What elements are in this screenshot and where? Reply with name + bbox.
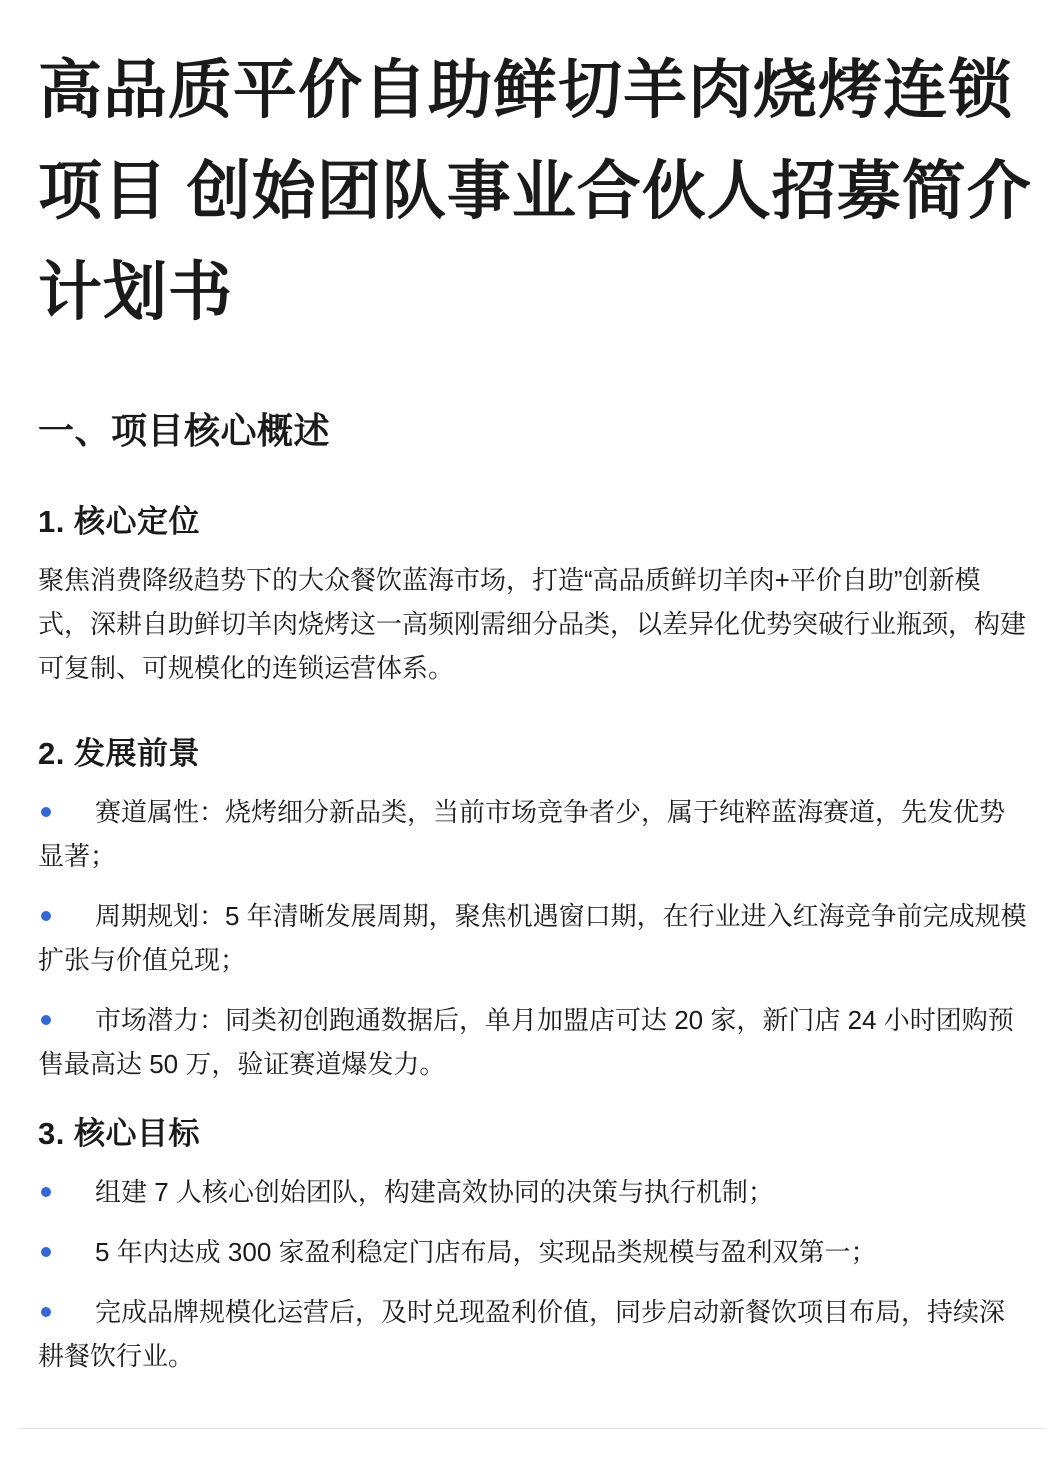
title-line-3: 计划书 bbox=[38, 242, 1028, 343]
list-item-text: 5 年内达成 300 家盈利稳定门店布局，实现品类规模与盈利双第一； bbox=[95, 1237, 877, 1267]
bullet-dot-icon bbox=[41, 911, 51, 921]
document-page: 高品质平价自助鲜切羊肉烧烤连锁 项目 创始团队事业合伙人招募简介 计划书 一、项… bbox=[0, 0, 1064, 1460]
subheading-core-positioning: 1. 核心定位 bbox=[38, 500, 1028, 544]
list-item-text: 组建 7 人核心创始团队，构建高效协同的决策与执行机制； bbox=[95, 1177, 774, 1207]
list-item-cycle-planning: 周期规划：5 年清晰发展周期，聚焦机遇窗口期，在行业进入红海竞争前完成规模扩张与… bbox=[38, 894, 1028, 982]
core-positioning-paragraph: 聚焦消费降级趋势下的大众餐饮蓝海市场，打造“高品质鲜切羊肉+平价自助”创新模式，… bbox=[38, 558, 1028, 690]
core-goals-list: 组建 7 人核心创始团队，构建高效协同的决策与执行机制； 5 年内达成 300 … bbox=[38, 1170, 1028, 1378]
list-item-store-target: 5 年内达成 300 家盈利稳定门店布局，实现品类规模与盈利双第一； bbox=[38, 1230, 1028, 1274]
section-heading-project-overview: 一、项目核心概述 bbox=[38, 407, 1028, 455]
bullet-dot-icon bbox=[41, 1247, 51, 1257]
list-item-track-attribute: 赛道属性：烧烤细分新品类，当前市场竞争者少，属于纯粹蓝海赛道，先发优势显著； bbox=[38, 790, 1028, 878]
list-item-brand-scaling: 完成品牌规模化运营后，及时兑现盈利价值，同步启动新餐饮项目布局，持续深耕餐饮行业… bbox=[38, 1290, 1028, 1378]
title-line-2: 项目 创始团队事业合伙人招募简介 bbox=[38, 141, 1028, 242]
list-item-text: 赛道属性：烧烤细分新品类，当前市场竞争者少，属于纯粹蓝海赛道，先发优势显著； bbox=[38, 797, 1005, 871]
document-title: 高品质平价自助鲜切羊肉烧烤连锁 项目 创始团队事业合伙人招募简介 计划书 bbox=[38, 40, 1028, 343]
list-item-team-building: 组建 7 人核心创始团队，构建高效协同的决策与执行机制； bbox=[38, 1170, 1028, 1214]
subheading-core-goals: 3. 核心目标 bbox=[38, 1112, 1028, 1156]
title-line-1: 高品质平价自助鲜切羊肉烧烤连锁 bbox=[38, 40, 1028, 141]
bullet-dot-icon bbox=[41, 1015, 51, 1025]
list-item-text: 完成品牌规模化运营后，及时兑现盈利价值，同步启动新餐饮项目布局，持续深耕餐饮行业… bbox=[38, 1297, 1005, 1371]
subheading-development-prospects: 2. 发展前景 bbox=[38, 732, 1028, 776]
development-prospects-list: 赛道属性：烧烤细分新品类，当前市场竞争者少，属于纯粹蓝海赛道，先发优势显著； 周… bbox=[38, 790, 1028, 1086]
bullet-dot-icon bbox=[41, 1307, 51, 1317]
list-item-market-potential: 市场潜力：同类初创跑通数据后，单月加盟店可达 20 家，新门店 24 小时团购预… bbox=[38, 998, 1028, 1086]
list-item-text: 市场潜力：同类初创跑通数据后，单月加盟店可达 20 家，新门店 24 小时团购预… bbox=[38, 1005, 1014, 1079]
bullet-dot-icon bbox=[41, 807, 51, 817]
bullet-dot-icon bbox=[41, 1187, 51, 1197]
list-item-text: 周期规划：5 年清晰发展周期，聚焦机遇窗口期，在行业进入红海竞争前完成规模扩张与… bbox=[38, 901, 1027, 975]
section-divider bbox=[18, 1428, 1046, 1429]
